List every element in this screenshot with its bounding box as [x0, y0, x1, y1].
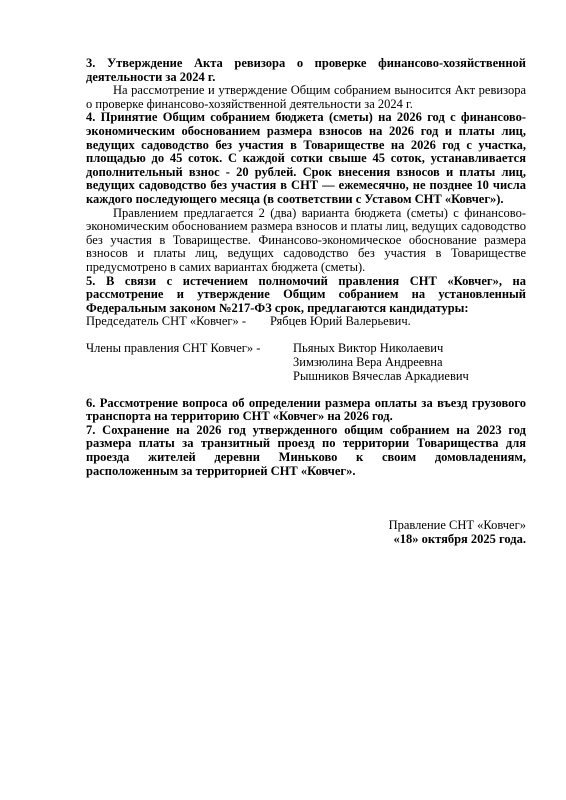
agenda-item-4-title: 4. Принятие Общим собранием бюджета (сме… [86, 111, 526, 206]
candidate-name-board-member-2: Зимзюлина Вера Андреевна [293, 356, 526, 370]
signature-date: «18» октября 2025 года. [86, 533, 526, 547]
agenda-item-5-title: 5. В связи с истечением полномочий правл… [86, 275, 526, 316]
candidate-names-board-members: Пьяных Виктор Николаевич Зимзюлина Вера … [293, 342, 526, 383]
agenda-item-3-title: 3. Утверждение Акта ревизора о проверке … [86, 57, 526, 84]
candidate-role-chairman: Председатель СНТ «Ковчег» - [86, 315, 270, 329]
agenda-item-7-title: 7. Сохранение на 2026 год утвержденного … [86, 424, 526, 478]
candidate-role-board-members: Члены правления СНТ Ковчег» - [86, 342, 293, 356]
agenda-item-4-body: Правлением предлагается 2 (два) варианта… [86, 207, 526, 275]
agenda-item-3-body: На рассмотрение и утверждение Общим собр… [86, 84, 526, 111]
candidate-name-board-member-1: Пьяных Виктор Николаевич [293, 342, 526, 356]
agenda-item-6-title: 6. Рассмотрение вопроса об определении р… [86, 397, 526, 424]
candidate-row-chairman: Председатель СНТ «Ковчег» - Рябцев Юрий … [86, 315, 526, 329]
candidate-row-board-members: Члены правления СНТ Ковчег» - Пьяных Вик… [86, 342, 526, 383]
signature-block: Правление СНТ «Ковчег» «18» октября 2025… [86, 519, 526, 546]
candidate-name-chairman: Рябцев Юрий Валерьевич. [270, 315, 526, 329]
candidate-name-board-member-3: Рышников Вячеслав Аркадиевич [293, 370, 526, 384]
signature-org: Правление СНТ «Ковчег» [86, 519, 526, 533]
document-page: 3. Утверждение Акта ревизора о проверке … [0, 0, 566, 800]
